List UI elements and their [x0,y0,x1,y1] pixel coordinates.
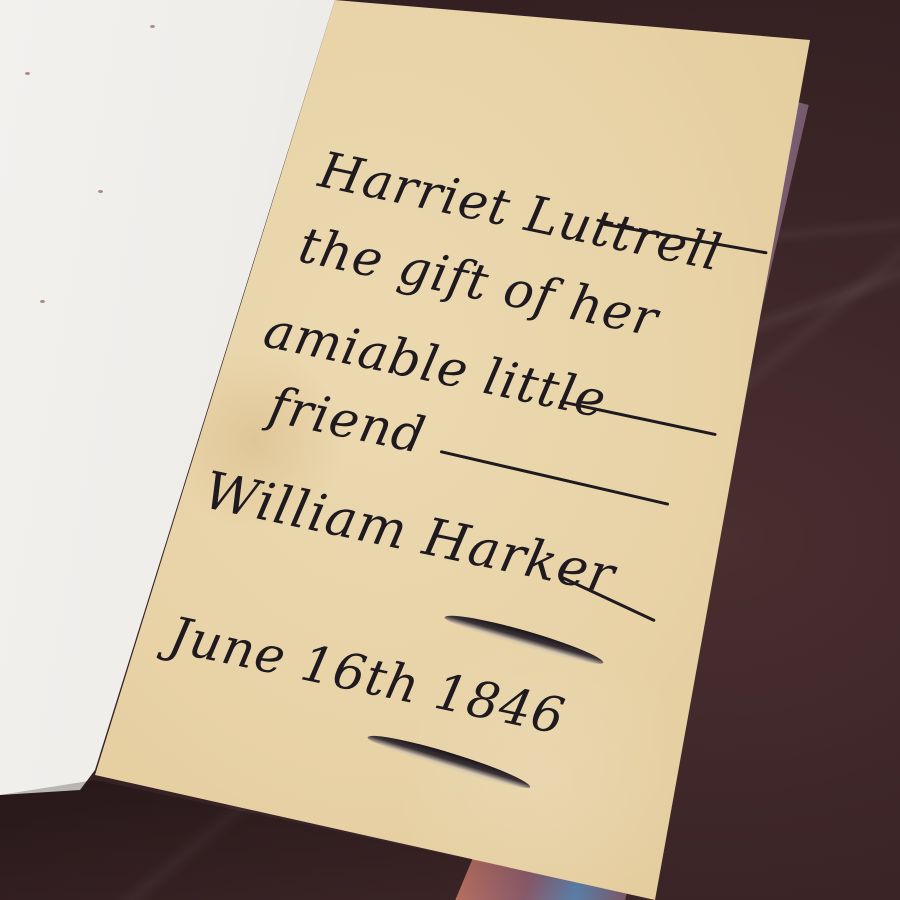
ink-dash-stroke [366,728,533,793]
pen-flourish [440,450,670,506]
ink-dash-stroke [443,608,606,669]
inscription-line-friend: friend [264,376,431,466]
inscription-line-giver: William Harker [199,461,621,607]
handwritten-inscription: Harriet Luttrell the gift of her amiable… [0,0,900,900]
